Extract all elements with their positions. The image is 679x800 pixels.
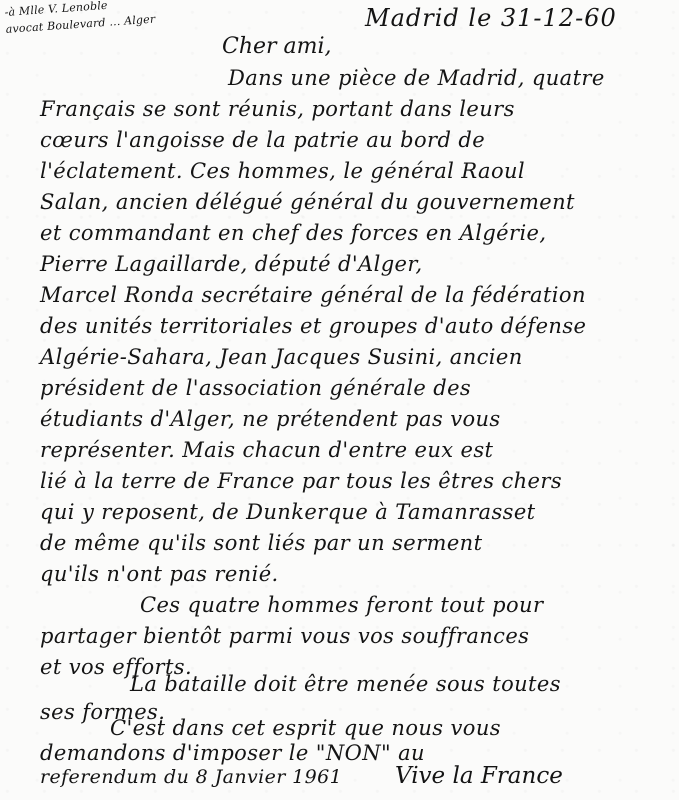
body-line: et commandant en chef des forces en Algé… [40,221,546,245]
body-line: de même qu'ils sont liés par un serment [40,531,482,555]
body-line-emphasis: demandons d'imposer le "NON" au [40,741,425,765]
body-line: des unités territoriales et groupes d'au… [40,314,586,338]
body-line: étudiants d'Alger, ne prétendent pas vou… [40,407,501,431]
body-line: Français se sont réunis, portant dans le… [40,97,515,121]
body-line: referendum du 8 Janvier 1961 [40,766,342,788]
body-line: Dans une pièce de Madrid, quatre [228,66,605,90]
body-line: Ces quatre hommes feront tout pour [140,593,543,617]
body-line: La bataille doit être menée sous toutes [130,672,561,696]
body-line: qu'ils n'ont pas renié. [40,562,279,586]
body-line: lié à la terre de France par tous les êt… [40,469,562,493]
body-line: président de l'association générale des [40,376,471,400]
body-line: Algérie-Sahara, Jean Jacques Susini, anc… [40,345,523,369]
salutation: Cher ami, [222,34,332,59]
body-line: Salan, ancien délégué général du gouvern… [40,190,575,214]
margin-annotation: -à Mlle V. Lenoble avocat Boulevard ... … [4,0,156,38]
dateline: Madrid le 31-12-60 [365,4,617,32]
body-line: Marcel Ronda secrétaire général de la fé… [40,283,586,307]
letter-page: -à Mlle V. Lenoble avocat Boulevard ... … [0,0,679,800]
closing: Vive la France [395,763,563,789]
body-line: cœurs l'angoisse de la patrie au bord de [40,128,485,152]
body-line: partager bientôt parmi vous vos souffran… [40,624,529,648]
body-line: représenter. Mais chacun d'entre eux est [40,438,493,462]
body-line: C'est dans cet esprit que nous vous [110,716,501,740]
body-line: l'éclatement. Ces hommes, le général Rao… [40,159,525,183]
body-line: qui y reposent, de Dunkerque à Tamanrass… [40,500,536,524]
body-line: Pierre Lagaillarde, député d'Alger, [40,252,423,276]
